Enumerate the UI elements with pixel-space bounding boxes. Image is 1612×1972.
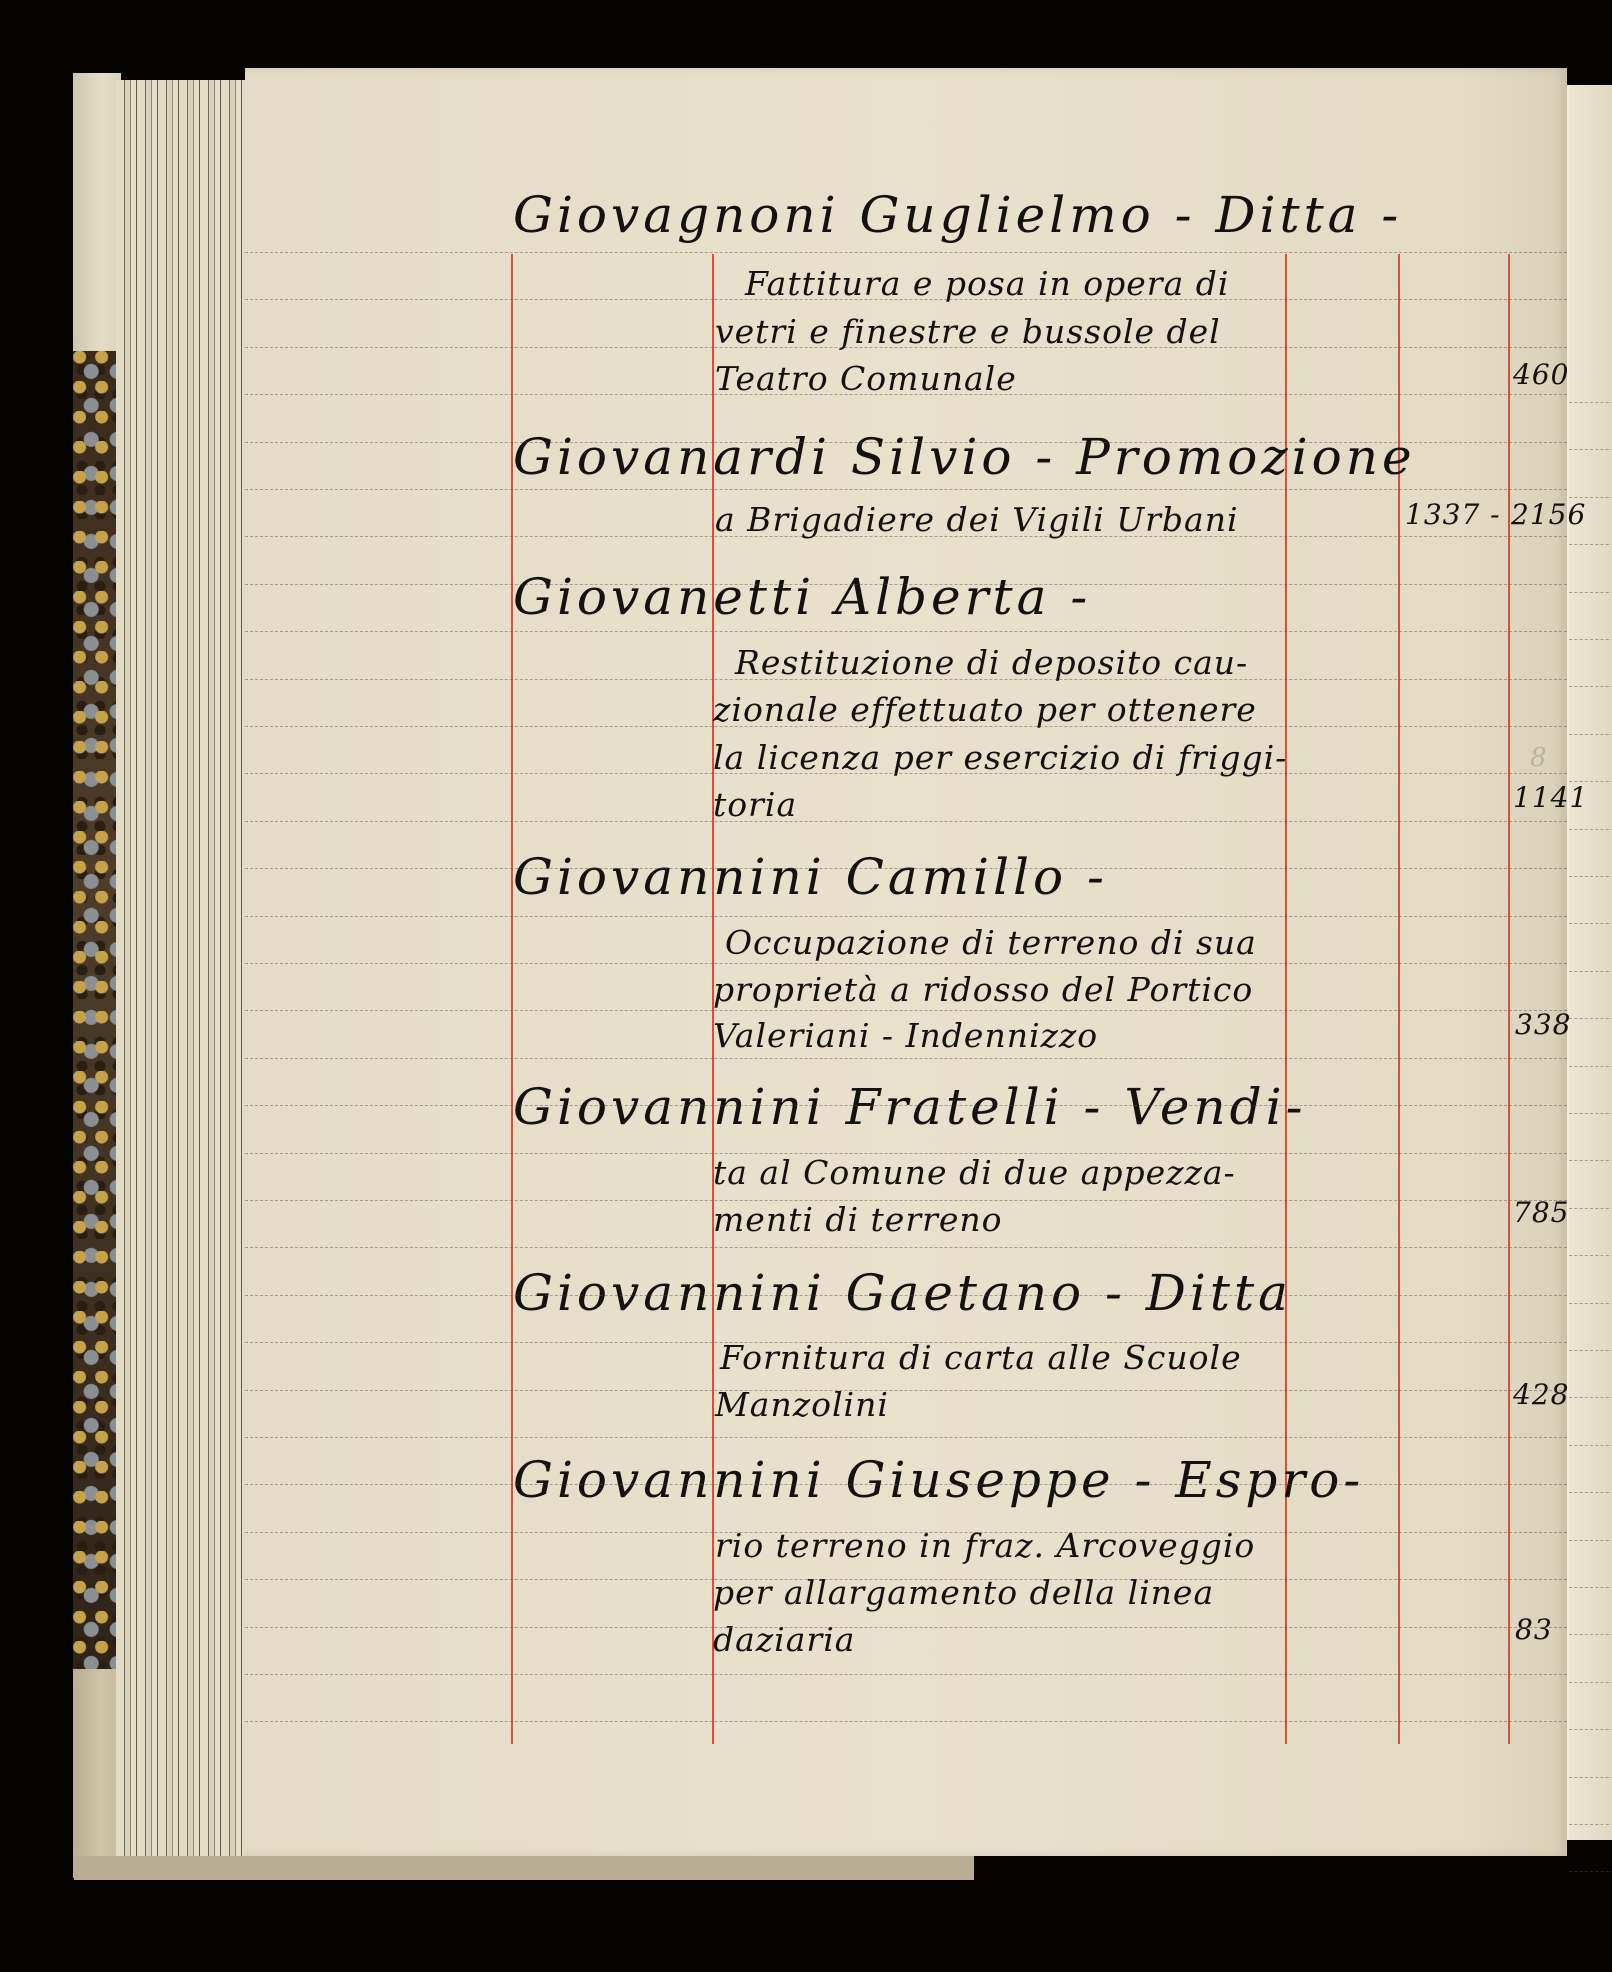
ruled-line: [245, 489, 1567, 490]
entry-heading: Giovanardi Silvio - Promozione: [513, 428, 1416, 486]
ruled-line: [1569, 1682, 1612, 1683]
entry-heading: Giovagnoni Guglielmo - Ditta -: [513, 186, 1402, 244]
ruled-line: [1569, 1729, 1612, 1730]
ruled-line: [1569, 923, 1612, 924]
ruled-line: [245, 631, 1567, 632]
entry-description-line: Restituzione di deposito cau-: [735, 643, 1248, 682]
entry-description-line: zionale effettuato per ottenere: [713, 690, 1257, 729]
ruled-line: [245, 1484, 1567, 1485]
ruled-line: [1569, 1777, 1612, 1778]
ruled-line: [245, 773, 1567, 774]
ruled-line: [1569, 1634, 1612, 1635]
ruled-line: [245, 1437, 1567, 1438]
ruled-line: [1569, 1540, 1612, 1541]
entry-amount-secondary: 1337 -: [1405, 498, 1501, 531]
ruled-line: [245, 1721, 1567, 1722]
ruled-line: [245, 299, 1567, 300]
ruled-line: [1569, 402, 1612, 403]
entry-description-line: Fattitura e posa in opera di: [745, 264, 1229, 303]
page-stack-edges: [116, 80, 248, 1860]
ruled-line: [1569, 1871, 1612, 1872]
ruled-line: [1569, 1018, 1612, 1019]
ruled-line: [1569, 1350, 1612, 1351]
entry-description-line: ta al Comune di due appezza-: [713, 1153, 1236, 1192]
ruled-line: [245, 1153, 1567, 1154]
entry-heading: Giovannini Camillo -: [513, 848, 1108, 906]
entry-heading: Giovannini Giuseppe - Espro-: [513, 1451, 1364, 1509]
ruled-line: [1569, 544, 1612, 545]
ruled-line: [245, 1010, 1567, 1011]
entry-heading: Giovannini Gaetano - Ditta: [513, 1264, 1292, 1322]
ruled-line: [1569, 1397, 1612, 1398]
ruled-line: [1569, 1208, 1612, 1209]
ruled-line: [245, 963, 1567, 964]
entry-description-line: menti di terreno: [713, 1200, 1003, 1239]
ruled-line: [245, 1200, 1567, 1201]
ruled-line: [1569, 449, 1612, 450]
ruled-line: [1569, 1303, 1612, 1304]
entry-description-line: Fornitura di carta alle Scuole: [720, 1338, 1242, 1377]
entry-description-line: Teatro Comunale: [715, 359, 1017, 398]
ruled-line: [1569, 592, 1612, 593]
entry-amount: 2156: [1511, 498, 1586, 531]
ruled-line: [1569, 1824, 1612, 1825]
ruled-line: [1569, 1587, 1612, 1588]
pencil-annotation: 8: [1530, 743, 1548, 773]
ledger-page: Giovagnoni Guglielmo - Ditta - Fattitura…: [245, 68, 1567, 1856]
ruled-line: [245, 1295, 1567, 1296]
ruled-line: [245, 1627, 1567, 1628]
ruled-line: [245, 1674, 1567, 1675]
cover-vellum-corner-top: [73, 73, 121, 351]
ruled-line: [1569, 639, 1612, 640]
entry-description-line: Occupazione di terreno di sua: [725, 923, 1257, 962]
ruled-line: [245, 1579, 1567, 1580]
cover-marbled-paper: [73, 351, 121, 1669]
ruled-line: [245, 1247, 1567, 1248]
ruled-line: [1569, 1255, 1612, 1256]
ruled-line: [245, 1342, 1567, 1343]
entry-amount: 428: [1513, 1378, 1569, 1411]
entry-heading: Giovanetti Alberta -: [513, 568, 1091, 626]
entry-amount: 460: [1513, 358, 1569, 391]
ruled-line: [1569, 686, 1612, 687]
ruled-line: [245, 1532, 1567, 1533]
entry-description-line: proprietà a ridosso del Portico: [713, 970, 1253, 1009]
ruled-line: [245, 1390, 1567, 1391]
entry-description-line: a Brigadiere dei Vigili Urbani: [715, 500, 1239, 539]
ruled-line: [1569, 1160, 1612, 1161]
entry-description-line: toria: [713, 785, 797, 824]
ruled-line: [245, 1058, 1567, 1059]
ruled-line: [245, 821, 1567, 822]
ruled-line: [1569, 734, 1612, 735]
entry-amount: 83: [1515, 1613, 1553, 1646]
facing-page-edge: [1567, 85, 1612, 1840]
ruled-line: [1569, 1445, 1612, 1446]
ruled-line: [1569, 1066, 1612, 1067]
ruled-line: [245, 252, 1567, 253]
ruled-line: [245, 679, 1567, 680]
entry-amount: 1141: [1513, 781, 1588, 814]
ruled-line: [1569, 971, 1612, 972]
ruled-line: [245, 536, 1567, 537]
ruled-line: [245, 347, 1567, 348]
book-cover: [73, 73, 121, 1878]
ruled-line: [1569, 829, 1612, 830]
cover-vellum-corner-bottom: [73, 1669, 121, 1878]
ruled-line: [245, 584, 1567, 585]
entry-description-line: la licenza per esercizio di friggi-: [713, 738, 1287, 777]
entry-description-line: vetri e finestre e bussole del: [715, 312, 1221, 351]
ruled-line: [245, 726, 1567, 727]
ruled-line: [245, 868, 1567, 869]
ruled-line: [245, 442, 1567, 443]
ruled-line: [245, 394, 1567, 395]
column-rule-amount-b: [1508, 254, 1510, 1744]
cover-bottom-edge: [74, 1856, 974, 1880]
entry-amount: 338: [1515, 1008, 1571, 1041]
entry-heading: Giovannini Fratelli - Vendi-: [513, 1078, 1307, 1136]
ruled-line: [245, 916, 1567, 917]
ruled-line: [1569, 876, 1612, 877]
ruled-line: [1569, 1492, 1612, 1493]
ruled-line: [245, 1105, 1567, 1106]
entry-description-line: Valeriani - Indennizzo: [713, 1016, 1098, 1055]
ruled-line: [1569, 1113, 1612, 1114]
entry-description-line: Manzolini: [715, 1385, 889, 1424]
